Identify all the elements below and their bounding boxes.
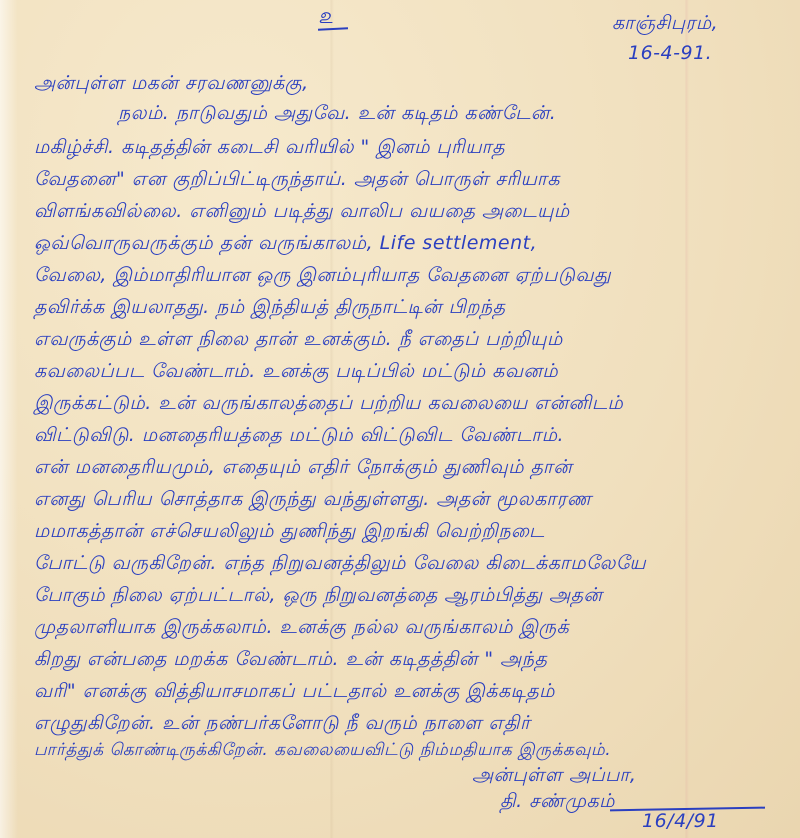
body-line: வேலை, இம்மாதிரியான ஒரு இனம்புரியாத வேதனை… [34, 264, 611, 289]
letter-date: 16-4-91. [628, 42, 712, 64]
body-line: கவலைப்பட வேண்டாம். உனக்கு படிப்பில் மட்ட… [34, 360, 558, 385]
letter-place: காஞ்சிபுரம், [612, 12, 718, 37]
body-line: போகும் நிலை ஏற்பட்டால், ஒரு நிறுவனத்தை ஆ… [34, 584, 602, 609]
body-line: விட்டுவிடு. மனதைரியத்தை மட்டும் விட்டுவி… [34, 424, 564, 449]
closing: அன்புள்ள அப்பா, [472, 764, 636, 789]
body-line: தவிர்க்க இயலாதது. நம் இந்தியத் திருநாட்ட… [34, 296, 505, 321]
paper-edge [0, 0, 18, 838]
signature-date: 16/4/91 [642, 810, 719, 832]
body-line: எனது பெரிய சொத்தாக இருந்து வந்துள்ளது. அ… [34, 488, 592, 513]
body-line: எழுதுகிறேன். உன் நண்பர்களோடு நீ வரும் நா… [34, 712, 530, 737]
signature: தி. சண்முகம் [500, 790, 615, 815]
body-line: கிறது என்பதை மறக்க வேண்டாம். உன் கடிதத்த… [34, 648, 547, 673]
body-line: முதலாளியாக இருக்கலாம். உனக்கு நல்ல வருங்… [34, 616, 569, 641]
body-line: வேதனை" என குறிப்பிட்டிருந்தாய். அதன் பொர… [34, 168, 560, 193]
body-line: நலம். நாடுவதும் அதுவே. உன் கடிதம் கண்டேன… [118, 102, 556, 127]
body-line: என் மனதைரியமும், எதையும் எதிர் நோக்கும் … [34, 456, 572, 481]
body-line: ஒவ்வொருவருக்கும் தன் வருங்காலம், Life se… [34, 232, 537, 257]
body-line: மமாகத்தான் எச்செயலிலும் துணிந்து இறங்கி … [34, 520, 545, 545]
body-line: மகிழ்ச்சி. கடிதத்தின் கடைசி வரியில் " இன… [34, 136, 505, 161]
body-line: இருக்கட்டும். உன் வருங்காலத்தைப் பற்றிய … [34, 392, 623, 417]
body-line: வரி" எனக்கு வித்தியாசமாகப் பட்டதால் உனக்… [34, 680, 555, 705]
body-line: பார்த்துக் கொண்டிருக்கிறேன். கவலையைவிட்ட… [34, 740, 611, 762]
body-line: எவருக்கும் உள்ள நிலை தான் உனக்கும். நீ எ… [34, 328, 563, 353]
body-line: விளங்கவில்லை. எனினும் படித்து வாலிப வயதை… [34, 200, 570, 225]
body-line: போட்டு வருகிறேன். எந்த நிறுவனத்திலும் வே… [34, 552, 646, 577]
salutation: அன்புள்ள மகன் சரவணனுக்கு, [34, 72, 309, 97]
